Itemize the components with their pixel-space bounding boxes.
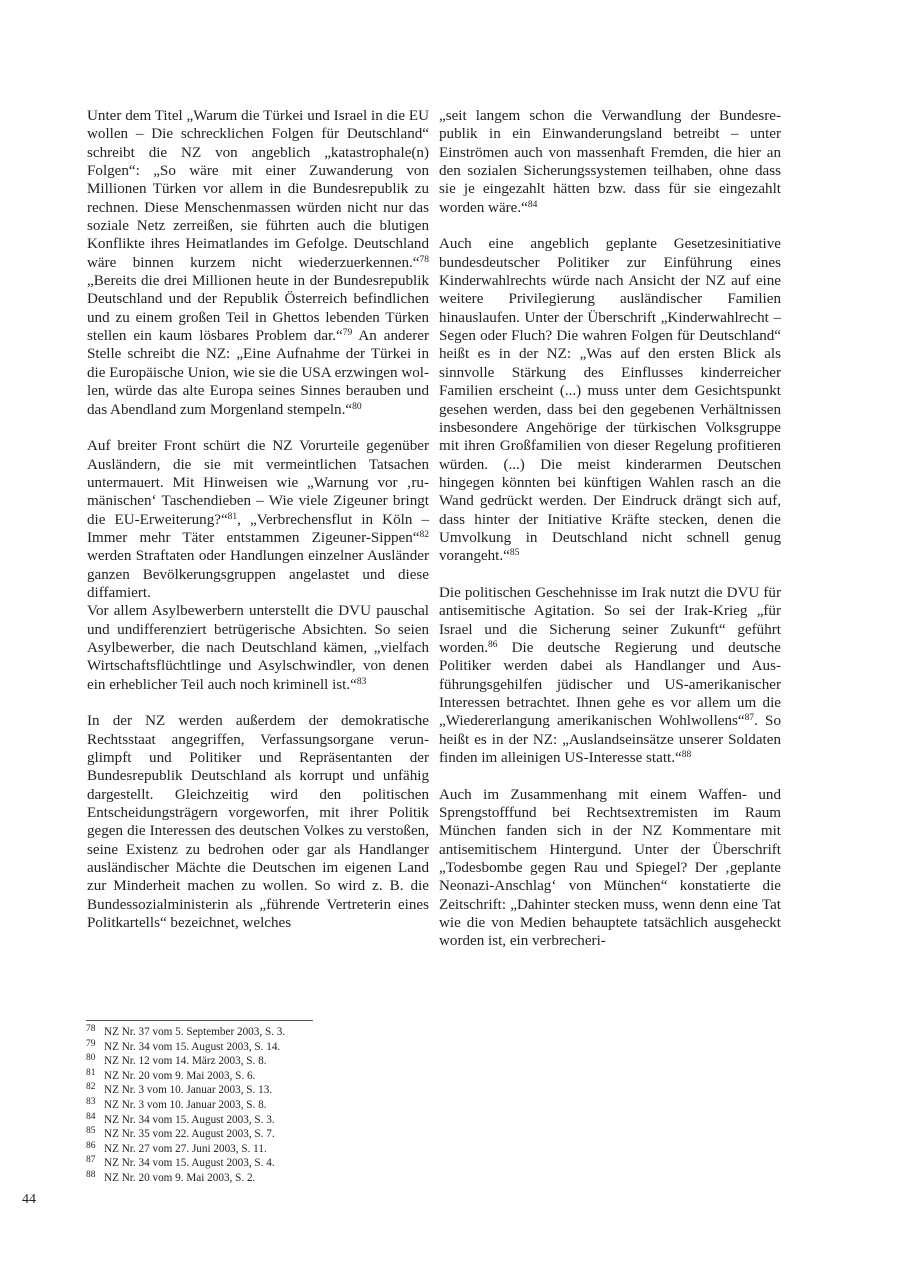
footnote-reference: 78 <box>420 255 430 265</box>
page-number: 44 <box>22 1192 36 1208</box>
footnote-text: NZ Nr. 20 vom 9. Mai 2003, S. 2. <box>104 1171 255 1186</box>
footnote: 82NZ Nr. 3 vom 10. Januar 2003, S. 13. <box>86 1083 386 1098</box>
footnote-number: 79 <box>86 1037 104 1052</box>
footnote: 78NZ Nr. 37 vom 5. September 2003, S. 3. <box>86 1025 386 1040</box>
footnote-reference: 88 <box>682 750 692 760</box>
footnote-text: NZ Nr. 35 vom 22. August 2003, S. 7. <box>104 1127 275 1142</box>
footnote-number: 81 <box>86 1066 104 1081</box>
footnote-text: NZ Nr. 3 vom 10. Januar 2003, S. 8. <box>104 1098 267 1113</box>
right-column: „seit langem schon die Verwandlung der B… <box>439 107 781 969</box>
footnote: 80NZ Nr. 12 vom 14. März 2003, S. 8. <box>86 1054 386 1069</box>
footnote-reference: 83 <box>357 677 367 687</box>
footnote-reference: 82 <box>420 530 430 540</box>
footnote: 79NZ Nr. 34 vom 15. August 2003, S. 14. <box>86 1040 386 1055</box>
footnote-text: NZ Nr. 12 vom 14. März 2003, S. 8. <box>104 1054 267 1069</box>
paragraph-asylum-seekers: Vor allem Asylbewerbern unterstellt die … <box>87 602 429 694</box>
paragraph-prejudice-foreigners: Auf breiter Front schürt die NZ Vorurtei… <box>87 437 429 602</box>
footnote-reference: 80 <box>352 402 362 412</box>
footnote-text: NZ Nr. 34 vom 15. August 2003, S. 14. <box>104 1040 280 1055</box>
footnote-number: 84 <box>86 1110 104 1125</box>
footnote-number: 88 <box>86 1168 104 1183</box>
footnote-divider <box>86 1020 313 1021</box>
footnote-number: 78 <box>86 1022 104 1037</box>
footnote: 84NZ Nr. 34 vom 15. August 2003, S. 3. <box>86 1113 386 1128</box>
footnotes-list: 78NZ Nr. 37 vom 5. September 2003, S. 3.… <box>86 1025 386 1186</box>
footnote: 81NZ Nr. 20 vom 9. Mai 2003, S. 6. <box>86 1069 386 1084</box>
footnote: 86NZ Nr. 27 vom 27. Juni 2003, S. 11. <box>86 1142 386 1157</box>
paragraph-immigration-country: „seit langem schon die Verwandlung der B… <box>439 107 781 217</box>
footnote-reference: 87 <box>745 713 755 723</box>
footnote-text: NZ Nr. 3 vom 10. Januar 2003, S. 13. <box>104 1083 272 1098</box>
footnote-text: NZ Nr. 34 vom 15. August 2003, S. 4. <box>104 1156 275 1171</box>
footnote-number: 86 <box>86 1139 104 1154</box>
paragraph-munich-weapons-find: Auch im Zusammenhang mit einem Waffen- u… <box>439 786 781 951</box>
footnote: 83NZ Nr. 3 vom 10. Januar 2003, S. 8. <box>86 1098 386 1113</box>
footnote: 87NZ Nr. 34 vom 15. August 2003, S. 4. <box>86 1156 386 1171</box>
paragraph-democratic-state: In der NZ werden außerdem der demokratis… <box>87 712 429 932</box>
footnote-text: NZ Nr. 37 vom 5. September 2003, S. 3. <box>104 1025 285 1040</box>
footnote-number: 83 <box>86 1095 104 1110</box>
footnote: 88NZ Nr. 20 vom 9. Mai 2003, S. 2. <box>86 1171 386 1186</box>
left-column: Unter dem Titel „Warum die Türkei und Is… <box>87 107 429 951</box>
footnote-number: 80 <box>86 1051 104 1066</box>
footnote-text: NZ Nr. 20 vom 9. Mai 2003, S. 6. <box>104 1069 255 1084</box>
paragraph-turkey-israel-eu: Unter dem Titel „Warum die Türkei und Is… <box>87 107 429 419</box>
footnote-text: NZ Nr. 34 vom 15. August 2003, S. 3. <box>104 1113 275 1128</box>
paragraph-child-voting-rights: Auch eine angeblich geplante Gesetzesini… <box>439 235 781 565</box>
footnote-reference: 85 <box>510 548 520 558</box>
footnote-reference: 81 <box>228 512 238 522</box>
footnote-reference: 79 <box>343 328 353 338</box>
footnote-number: 87 <box>86 1153 104 1168</box>
footnote: 85NZ Nr. 35 vom 22. August 2003, S. 7. <box>86 1127 386 1142</box>
footnote-number: 82 <box>86 1080 104 1095</box>
footnote-reference: 86 <box>488 640 498 650</box>
footnote-text: NZ Nr. 27 vom 27. Juni 2003, S. 11. <box>104 1142 267 1157</box>
footnote-number: 85 <box>86 1124 104 1139</box>
paragraph-iraq-agitation: Die politischen Geschehnisse im Irak nut… <box>439 584 781 767</box>
footnote-reference: 84 <box>528 200 538 210</box>
